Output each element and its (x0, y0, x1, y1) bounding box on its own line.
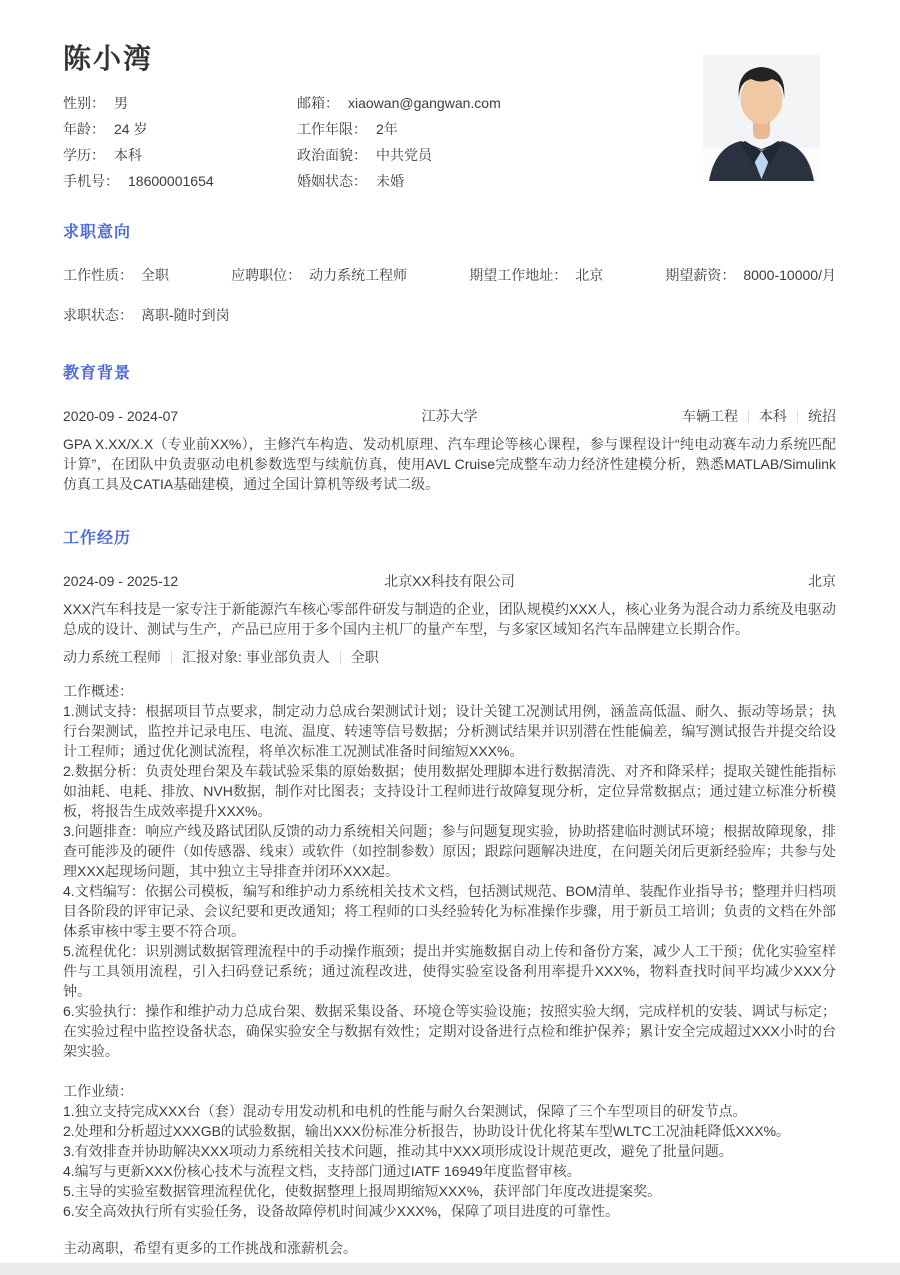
objective-fields-row: 工作性质：全职 应聘职位：动力系统工程师 期望工作地址：北京 期望薪资：8000… (63, 266, 836, 284)
divider (340, 651, 341, 664)
field-phone: 手机号：18600001654 (63, 174, 297, 189)
work-role: 动力系统工程师 (63, 649, 161, 665)
field-value: 24 岁 (114, 121, 147, 137)
resume-page: 陈小湾 性别：男 邮箱：xiaowan@gangwan.com (0, 0, 900, 1275)
work-city: 北京 (515, 572, 836, 591)
field-label: 求职状态： (63, 307, 133, 323)
achievement-item: 5.主导的实验室数据管理流程优化，使数据整理上报周期缩短XXX%，获评部门年度改… (63, 1181, 836, 1201)
work-role-row: 动力系统工程师汇报对象: 事业部负责人全职 (63, 647, 836, 667)
education-tags: 车辆工程本科统招 (478, 407, 837, 426)
resume-header: 陈小湾 性别：男 邮箱：xiaowan@gangwan.com (63, 44, 836, 189)
work-report-to: 汇报对象: 事业部负责人 (182, 649, 330, 665)
field-value: 未婚 (376, 173, 404, 189)
overview-item: 5.流程优化：识别测试数据管理流程中的手动操作瓶颈；提出并实施数据自动上传和备份… (63, 941, 836, 1001)
section-work-experience: 工作经历 2024-09 - 2025-12 北京XX科技有限公司 北京 XXX… (63, 525, 836, 1258)
field-value: 2年 (376, 121, 398, 137)
portrait-photo-graphic (703, 55, 820, 181)
field-value: 离职-随时到岗 (141, 307, 230, 323)
field-gender: 性别：男 (63, 96, 297, 111)
section-title-education: 教育背景 (63, 360, 836, 383)
education-degree: 本科 (759, 408, 787, 424)
work-meta-row: 2024-09 - 2025-12 北京XX科技有限公司 北京 (63, 572, 836, 591)
work-company: 北京XX科技有限公司 (384, 572, 515, 591)
field-value: 动力系统工程师 (309, 267, 407, 283)
overview-item: 6.实验执行：操作和维护动力总成台架、数据采集设备、环境仓等实验设施；按照实验大… (63, 1001, 836, 1061)
field-value: 北京 (575, 267, 603, 283)
achievement-label: 工作业绩： (63, 1081, 836, 1101)
achievement-item: 1.独立支持完成XXX台（套）混动专用发动机和电机的性能与耐久台架测试，保障了三… (63, 1101, 836, 1121)
divider (171, 651, 172, 664)
education-school: 江苏大学 (422, 407, 478, 426)
field-label: 政治面貌： (297, 147, 367, 163)
achievement-item: 4.编写与更新XXX份核心技术与流程文档，支持部门通过IATF 16949年度监… (63, 1161, 836, 1181)
field-age: 年龄：24 岁 (63, 122, 297, 137)
leave-reason: 主动离职，希望有更多的工作挑战和涨薪机会。 (63, 1238, 836, 1258)
field-value: 18600001654 (128, 173, 214, 189)
education-meta-row: 2020-09 - 2024-07 江苏大学 车辆工程本科统招 (63, 407, 836, 426)
field-label: 手机号： (63, 173, 119, 189)
field-label: 年龄： (63, 121, 105, 137)
education-description: GPA X.XX/X.X（专业前XX%），主修汽车构造、发动机原理、汽车理论等核… (63, 434, 836, 494)
field-label: 工作年限： (297, 121, 367, 137)
field-target-location: 期望工作地址：北京 (469, 266, 603, 284)
field-value: 本科 (114, 147, 142, 163)
page-bottom-edge (0, 1263, 900, 1275)
field-label: 邮箱： (297, 95, 339, 111)
work-job-type: 全职 (351, 649, 379, 665)
field-label: 期望薪资： (665, 267, 735, 283)
field-value: 全职 (141, 267, 169, 283)
field-job-status: 求职状态：离职-随时到岗 (63, 306, 836, 324)
divider (748, 410, 749, 423)
field-value: 8000-10000/月 (743, 267, 836, 283)
field-expected-salary: 期望薪资：8000-10000/月 (665, 266, 836, 284)
field-label: 学历： (63, 147, 105, 163)
field-value: 中共党员 (376, 147, 432, 163)
overview-label: 工作概述： (63, 681, 836, 701)
section-title-objective: 求职意向 (63, 219, 836, 242)
field-degree: 学历：本科 (63, 148, 297, 163)
field-label: 婚姻状态： (297, 173, 367, 189)
overview-item: 2.数据分析：负责处理台架及车载试验采集的原始数据；使用数据处理脚本进行数据清洗… (63, 761, 836, 821)
overview-item: 1.测试支持：根据项目节点要求，制定动力总成台架测试计划；设计关键工况测试用例，… (63, 701, 836, 761)
section-education: 教育背景 2020-09 - 2024-07 江苏大学 车辆工程本科统招 GPA… (63, 360, 836, 494)
overview-item: 3.问题排查：响应产线及路试团队反馈的动力系统相关问题；参与问题复现实验，协助搭… (63, 821, 836, 881)
company-intro: XXX汽车科技是一家专注于新能源汽车核心零部件研发与制造的企业，团队规模约XXX… (63, 599, 836, 639)
field-value: 男 (114, 95, 128, 111)
section-title-work: 工作经历 (63, 525, 836, 548)
field-value: xiaowan@gangwan.com (348, 95, 501, 111)
overview-item: 4.文档编写：依据公司模板，编写和维护动力系统相关技术文档，包括测试规范、BOM… (63, 881, 836, 941)
achievement-item: 3.有效排查并协助解决XXX项动力系统相关技术问题，推动其中XXX项形成设计规范… (63, 1141, 836, 1161)
section-job-objective: 求职意向 工作性质：全职 应聘职位：动力系统工程师 期望工作地址：北京 期望薪资… (63, 219, 836, 324)
achievement-item: 6.安全高效执行所有实验任务，设备故障停机时间减少XXX%，保障了项目进度的可靠… (63, 1201, 836, 1221)
field-job-type: 工作性质：全职 (63, 266, 169, 284)
field-target-position: 应聘职位：动力系统工程师 (231, 266, 407, 284)
field-label: 期望工作地址： (469, 267, 567, 283)
field-label: 性别： (63, 95, 105, 111)
achievement-item: 2.处理和分析超过XXXGB的试验数据，输出XXX份标准分析报告，协助设计优化将… (63, 1121, 836, 1141)
divider (797, 410, 798, 423)
field-label: 工作性质： (63, 267, 133, 283)
field-label: 应聘职位： (231, 267, 301, 283)
education-period: 2020-09 - 2024-07 (63, 407, 422, 426)
education-admission: 统招 (808, 408, 836, 424)
education-major: 车辆工程 (682, 408, 738, 424)
profile-photo (703, 55, 820, 181)
work-period: 2024-09 - 2025-12 (63, 572, 384, 591)
